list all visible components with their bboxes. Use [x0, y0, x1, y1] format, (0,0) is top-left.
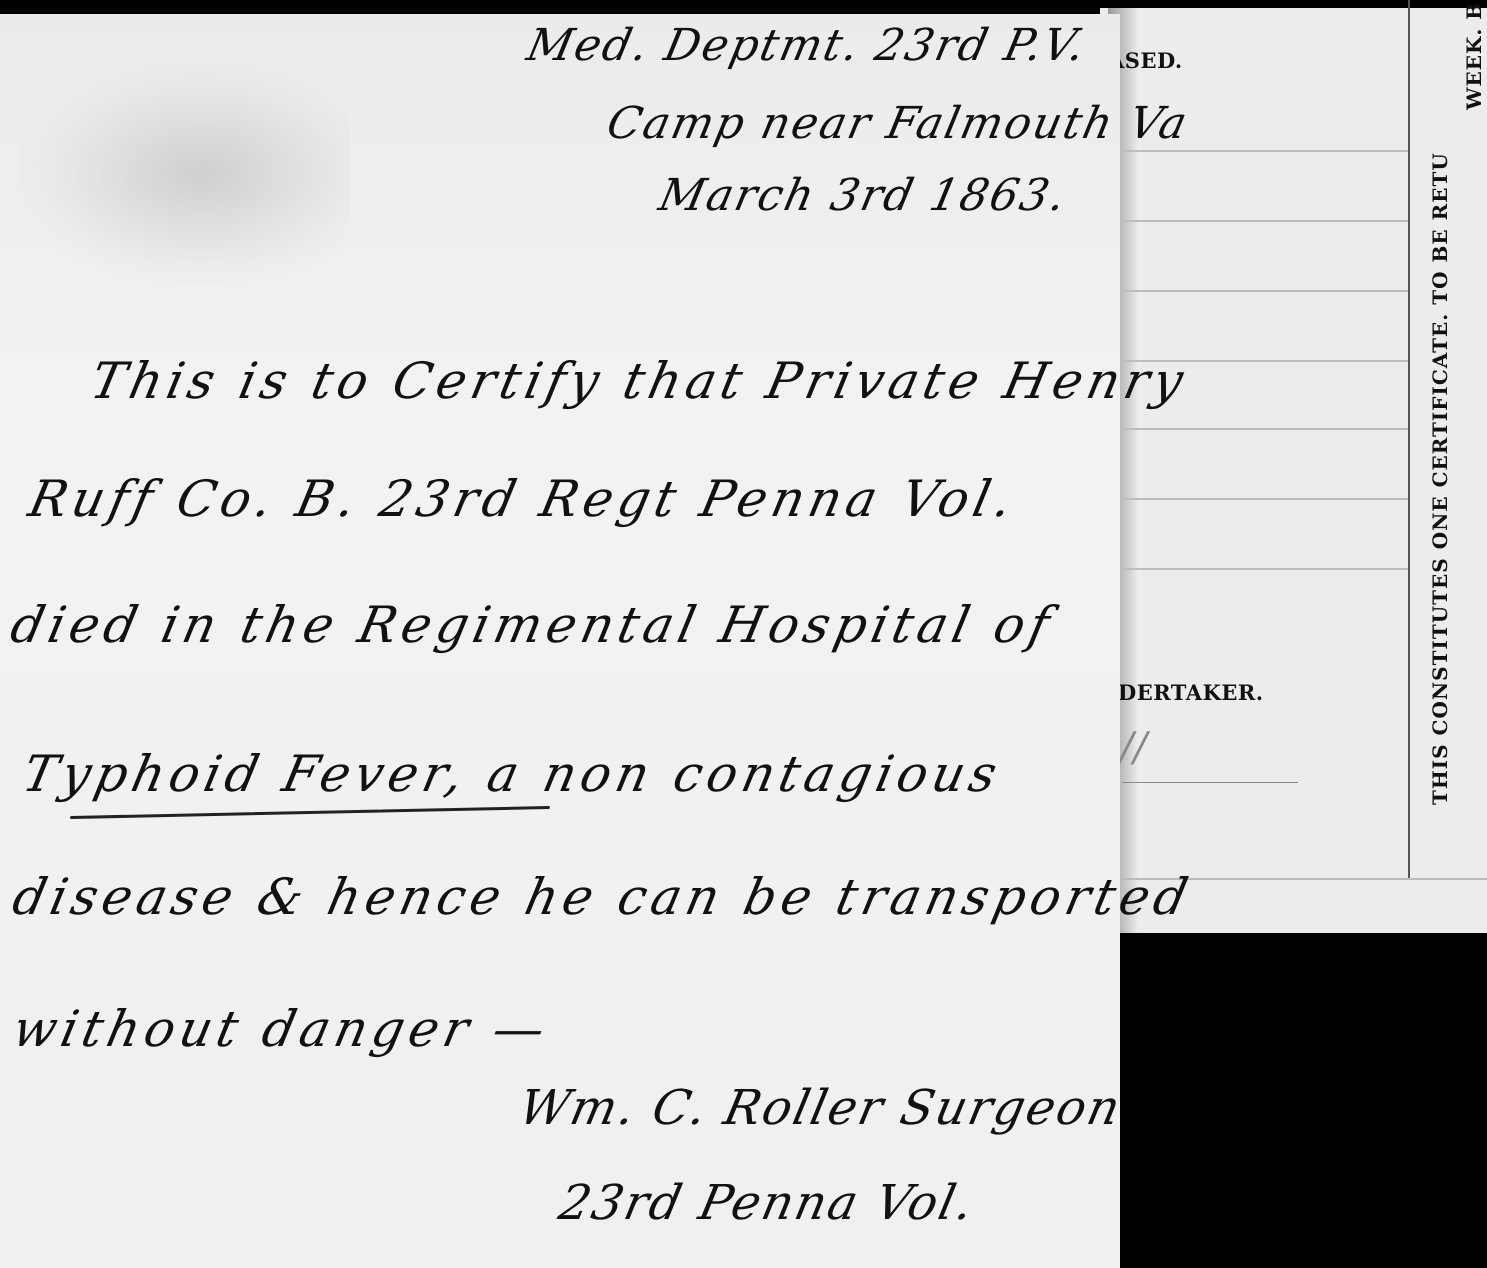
letter-body-line-4: Typhoid Fever, a non contagious: [18, 745, 1007, 803]
form-ruled-line: [1110, 568, 1408, 570]
letter-body-line-5: disease & hence he can be transported: [8, 868, 1198, 926]
letter-body-line-2: Ruff Co. B. 23rd Regt Penna Vol.: [24, 470, 1022, 528]
form-vertical-divider: [1408, 0, 1410, 878]
signature-name: Wm. C. Roller Surgeon: [514, 1080, 1127, 1136]
letter-header-location: Camp near Falmouth Va: [603, 98, 1194, 149]
form-ruled-line: [1110, 428, 1408, 430]
form-ruled-line: [1110, 498, 1408, 500]
vertical-certificate-caption: THIS CONSTITUTES ONE CERTIFICATE. TO BE …: [1428, 152, 1452, 805]
paper-stain: [20, 64, 350, 284]
letter-header-department: Med. Deptmt. 23rd P.V.: [523, 20, 1092, 71]
form-heading-undertaker: DERTAKER.: [1118, 680, 1264, 705]
letter-header-date: March 3rd 1863.: [655, 170, 1072, 221]
signature-unit: 23rd Penna Vol.: [554, 1175, 980, 1231]
letter-body-line-3: died in the Regimental Hospital of: [6, 596, 1060, 654]
form-ruled-line: [1110, 290, 1408, 292]
form-ruled-line: [1110, 150, 1408, 152]
check-mark-icon: //: [1120, 725, 1147, 771]
form-ruled-line: [1110, 220, 1408, 222]
letter-body-line-1: This is to Certify that Private Henry: [86, 352, 1193, 410]
vertical-certificate-caption-2: WEEK. B: [1462, 2, 1486, 110]
letter-body-line-6: without danger —: [8, 1000, 555, 1058]
form-signature-line: [1122, 782, 1298, 783]
